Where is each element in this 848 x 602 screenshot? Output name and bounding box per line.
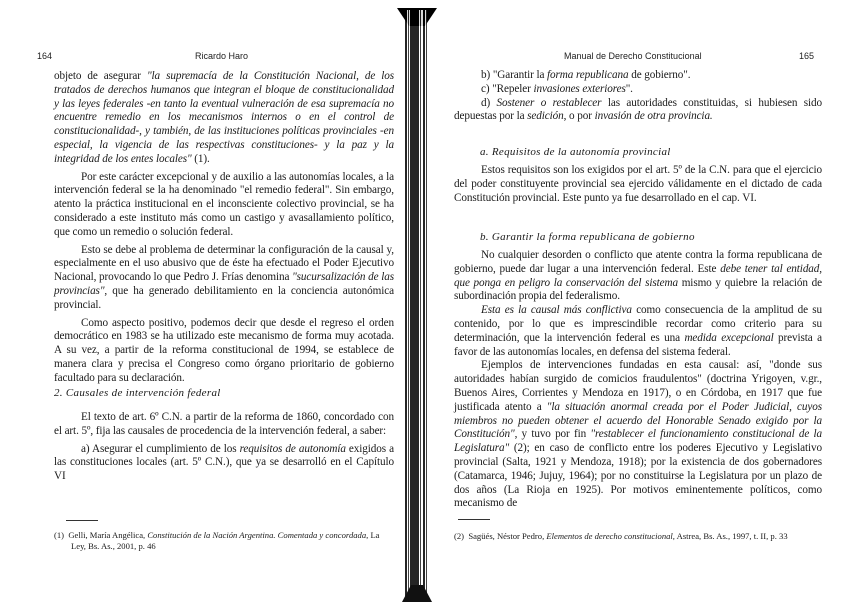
- book-spine-gutter: [405, 10, 427, 602]
- right-body-text: b) "Garantir la forma republicana de gob…: [454, 69, 822, 124]
- left-page: 164 Ricardo Haro objeto de asegurar "la …: [0, 0, 408, 602]
- left-running-head: Ricardo Haro: [195, 51, 248, 61]
- left-page-number: 164: [37, 51, 52, 61]
- section-heading: 2. Causales de intervención federal: [54, 387, 221, 399]
- footnote: (1) Gelli, María Angélica, Constitución …: [54, 530, 394, 551]
- list-item: b) "Garantir la forma republicana de gob…: [454, 69, 822, 83]
- left-body-text: objeto de asegurar "la supremacía de la …: [54, 70, 394, 386]
- footnote-marker: (2): [454, 531, 464, 541]
- paragraph: Esta es la causal más conflictiva como c…: [454, 304, 822, 359]
- paragraph: El texto de art. 6º C.N. a partir de la …: [54, 411, 394, 439]
- subsection-b-text: No cualquier desorden o conflicto que at…: [454, 249, 822, 511]
- paragraph: Esto se debe al problema de determinar l…: [54, 244, 394, 313]
- list-item: d) Sostener o restablecer las autoridade…: [454, 97, 822, 125]
- subsection-heading-b: b. Garantir la forma republicana de gobi…: [480, 231, 695, 243]
- subsection-heading-a: a. Requisitos de la autonomía provincial: [480, 146, 671, 158]
- paragraph: Estos requisitos son los exigidos por el…: [454, 164, 822, 205]
- right-page: Manual de Derecho Constitucional 165 b) …: [426, 0, 848, 602]
- paragraph: objeto de asegurar "la supremacía de la …: [54, 70, 394, 167]
- paragraph: No cualquier desorden o conflicto que at…: [454, 249, 822, 304]
- left-section-text: El texto de art. 6º C.N. a partir de la …: [54, 411, 394, 484]
- right-running-head: Manual de Derecho Constitucional: [564, 51, 702, 61]
- list-item: a) Asegurar el cumplimiento de los requi…: [54, 443, 394, 484]
- paragraph: Por este carácter excepcional y de auxil…: [54, 171, 394, 240]
- footnote: (2) Sagüés, Néstor Pedro, Elementos de d…: [454, 531, 822, 542]
- footnote-marker: (1): [54, 530, 64, 540]
- subsection-a-text: Estos requisitos son los exigidos por el…: [454, 164, 822, 205]
- footnote-rule: [458, 519, 490, 520]
- paragraph: Ejemplos de intervenciones fundadas en e…: [454, 359, 822, 511]
- right-page-number: 165: [799, 51, 814, 61]
- list-item: c) "Repeler invasiones exteriores".: [454, 83, 822, 97]
- paragraph: Como aspecto positivo, podemos decir que…: [54, 317, 394, 386]
- footnote-rule: [66, 520, 98, 521]
